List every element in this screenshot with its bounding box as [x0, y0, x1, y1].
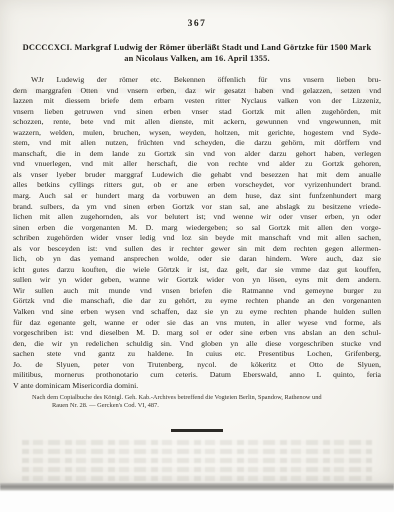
bleed-stripe [22, 476, 372, 481]
section-divider-rule [171, 429, 223, 432]
paper-sheet: 367 DCCCCXCI. Markgraf Ludwig der Römer … [0, 0, 394, 485]
bleed-through-texture [22, 440, 372, 485]
charter-body-line: schozzen, rente, bete vnd mit allen dien… [13, 117, 381, 128]
charter-body-line: lich, ob yn das yemand ansprechen wolde,… [13, 254, 381, 265]
scanned-book-page: 367 DCCCCXCI. Markgraf Ludwig der Römer … [0, 0, 394, 512]
bleed-stripe [22, 467, 372, 472]
charter-body-line: manschaft, die in dem lande zu Gortzk si… [13, 149, 381, 160]
charter-body-line: lichen mit allen zugehornden, als vor be… [13, 212, 381, 223]
charter-body-line: WJr Ludewig der römer etc. Bekennen öffe… [13, 75, 381, 86]
bleed-stripe [22, 458, 372, 463]
page-bottom-edge-shadow [0, 483, 394, 491]
charter-body-line: als vor besceyden ist: vnd sullen des ir… [13, 244, 381, 255]
charter-body-line: vnsern lieben getruwen vnd sinen erben v… [13, 107, 381, 118]
source-footnote: Nach dem Copialbuche des Königl. Geh. Ka… [24, 394, 376, 411]
source-footnote-line: Rauen Nr. 28. — Gercken's Cod. VI, 487. [52, 402, 376, 410]
charter-body-line: lazzen mit diessem briefe dem erbarn ves… [13, 96, 381, 107]
charter-body-line: sachen stete vnd gantz zu haldene. In cu… [13, 349, 381, 360]
charter-body-line: dern marggrafen Otten vnd vnsern erben, … [13, 86, 381, 97]
charter-body-line: stem, vnd mit allen nutzen, früchten vnd… [13, 138, 381, 149]
charter-body-line: Jo. de Slyuen, peter von Trutenberg, nyc… [13, 360, 381, 371]
bleed-stripe [22, 440, 372, 445]
charter-body-line: Valken vnd sine erben wysen vnd schaffen… [13, 307, 381, 318]
charter-body-line: alles betkins cyllings ritters gut, ob e… [13, 180, 381, 191]
charter-body-line: vnd vnuerlegen, vnd mit aller herschaft,… [13, 159, 381, 170]
bleed-stripe [22, 449, 372, 454]
charter-body-line: militibus, mornerus prothonotario cum ce… [13, 370, 381, 381]
charter-body-line: marg. Auch sal er hundert marg da vorbuw… [13, 191, 381, 202]
charter-body-text: WJr Ludewig der römer etc. Bekennen öffe… [13, 75, 381, 391]
charter-body-line: wazzern, welden, mulen, bruchen, wysen, … [13, 128, 381, 139]
charter-body-line: brand. sulbers, da ym vnd sinen erben Go… [13, 202, 381, 213]
charter-body-line: sinen erben die vorgenanten M. D. marg w… [13, 223, 381, 234]
charter-body-line: sullen wir yn wider geben, wanne wir Gor… [13, 275, 381, 286]
charter-heading: DCCCCXCI. Markgraf Ludwig der Römer über… [20, 42, 374, 64]
charter-heading-line: DCCCCXCI. Markgraf Ludwig der Römer über… [20, 42, 374, 53]
charter-body-line: Görtzk vnd die manschaft, die dar zu geh… [13, 296, 381, 307]
page-number: 367 [0, 19, 394, 29]
charter-body-line: für daz egenante gelt, wanne er oder sie… [13, 318, 381, 329]
charter-body-line: icht gutes darzu kouften, die wiele Gört… [13, 265, 381, 276]
source-footnote-line: Nach dem Copialbuche des Königl. Geh. Ka… [32, 394, 376, 402]
charter-body-line: den, die wir yn redelichen schuldig sin.… [13, 339, 381, 350]
charter-body-line: schriben zugehörden wider vnser ledig vn… [13, 233, 381, 244]
charter-body-line: V ante dominicam Misericordia domini. [13, 381, 381, 392]
charter-body-line: als vnser lyeber bruder marggraf Ludewic… [13, 170, 381, 181]
charter-heading-line: an Nicolaus Valken, am 16. April 1355. [20, 53, 374, 64]
charter-body-line: vorgeschriben ist: vnd dieselben M. D. m… [13, 328, 381, 339]
charter-body-line: Wir sullen auch mit munde vnd vnsen brie… [13, 286, 381, 297]
